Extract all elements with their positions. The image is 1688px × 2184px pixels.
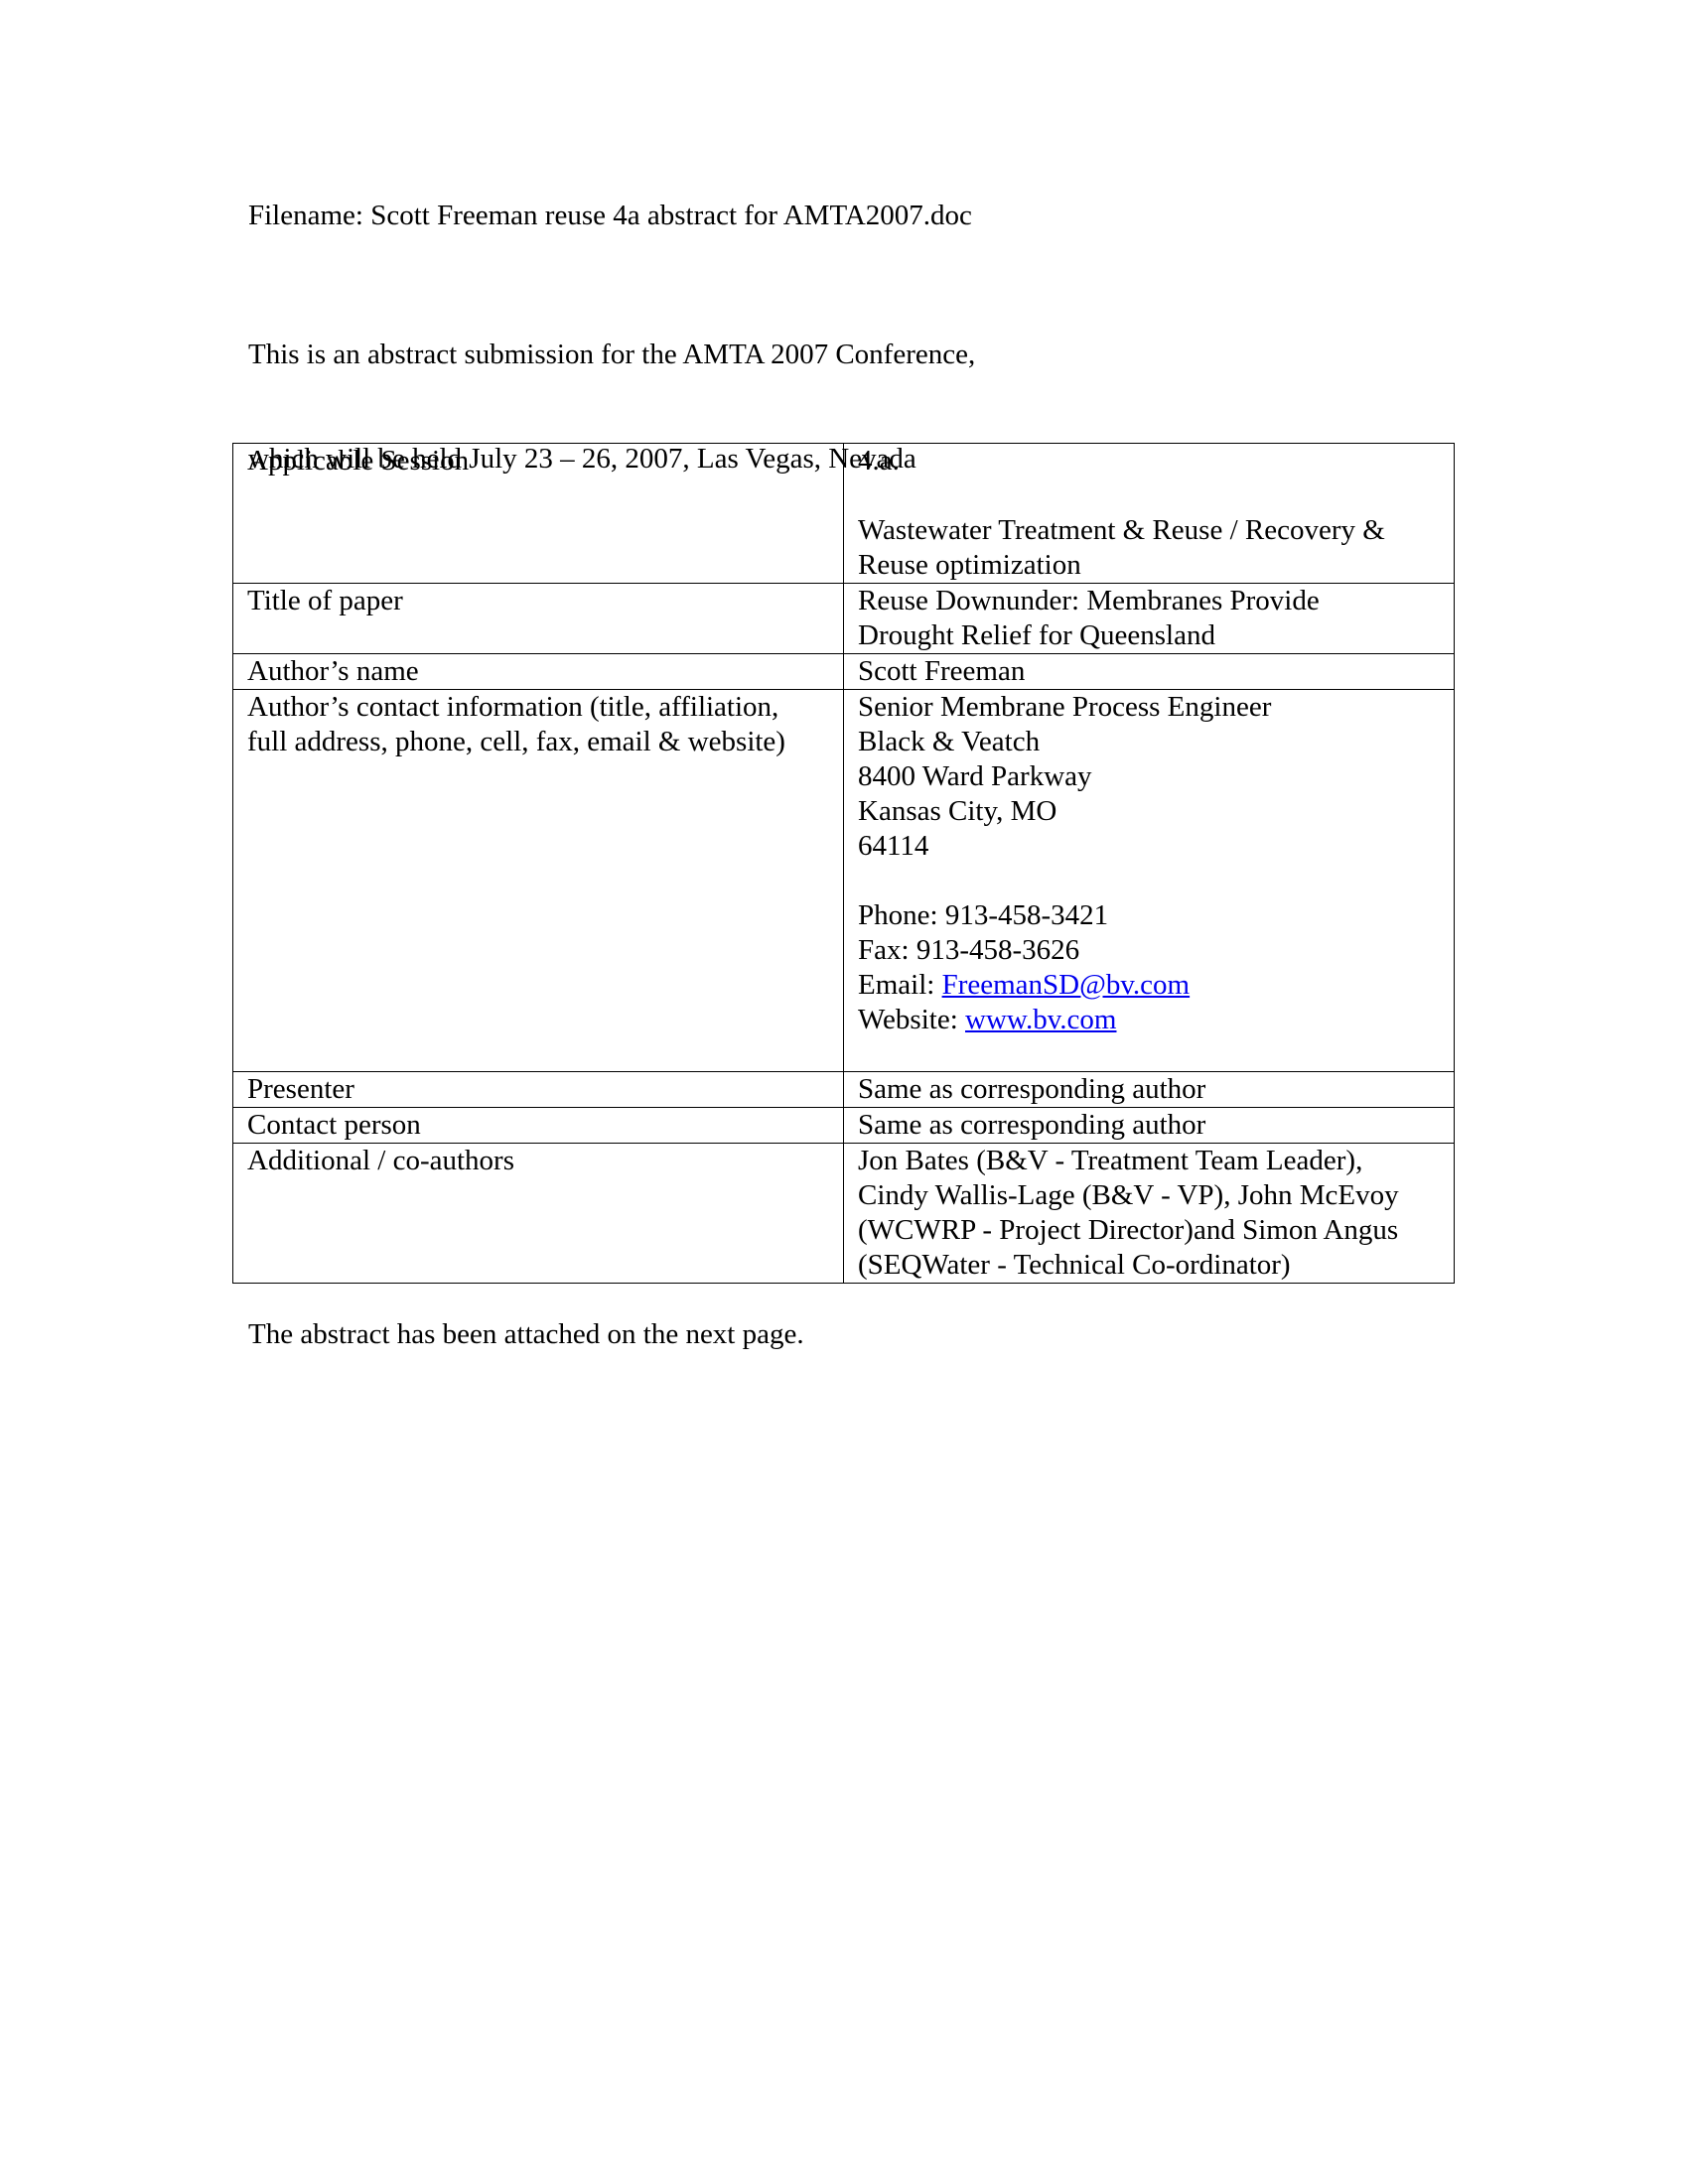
table-row-contact-person: Contact person Same as corresponding aut… — [233, 1108, 1455, 1144]
co-author-line: (SEQWater - Technical Co-ordinator) — [858, 1248, 1440, 1283]
contact-phone: Phone: 913-458-3421 — [858, 898, 1440, 933]
intro-line: This is an abstract submission for the A… — [248, 338, 975, 372]
row-value: Same as corresponding author — [844, 1072, 1455, 1108]
row-label: Additional / co-authors — [233, 1144, 844, 1284]
blank-line — [858, 478, 1440, 513]
paper-title-line: Reuse Downunder: Membranes Provide — [858, 584, 1440, 618]
paper-title-line: Drought Relief for Queensland — [858, 618, 1440, 653]
email-link[interactable]: FreemanSD@bv.com — [942, 969, 1191, 1001]
label-text: Presenter — [247, 1072, 829, 1107]
table-row-author-name: Author’s name Scott Freeman — [233, 654, 1455, 690]
fax-label: Fax: — [858, 934, 916, 966]
label-text: Applicable Session — [247, 444, 829, 478]
row-label: Author’s name — [233, 654, 844, 690]
contact-city-state: Kansas City, MO — [858, 794, 1440, 829]
label-text: Additional / co-authors — [247, 1144, 829, 1178]
row-label: Applicable Session — [233, 444, 844, 584]
email-label: Email: — [858, 969, 942, 1001]
contact-title: Senior Membrane Process Engineer — [858, 690, 1440, 725]
table-row-co-authors: Additional / co-authors Jon Bates (B&V -… — [233, 1144, 1455, 1284]
row-label: Author’s contact information (title, aff… — [233, 690, 844, 1072]
label-text: Contact person — [247, 1108, 829, 1143]
label-text: Author’s name — [247, 654, 829, 689]
row-value: Same as corresponding author — [844, 1108, 1455, 1144]
contact-fax: Fax: 913-458-3626 — [858, 933, 1440, 968]
row-label: Presenter — [233, 1072, 844, 1108]
phone-label: Phone: — [858, 899, 945, 931]
session-name-line: Reuse optimization — [858, 548, 1440, 583]
blank-line — [858, 864, 1440, 898]
row-label: Title of paper — [233, 584, 844, 654]
footer-note: The abstract has been attached on the ne… — [248, 1317, 804, 1352]
label-text: Author’s contact information (title, aff… — [247, 690, 829, 725]
contact-company: Black & Veatch — [858, 725, 1440, 759]
co-author-line: Cindy Wallis-Lage (B&V - VP), John McEvo… — [858, 1178, 1440, 1213]
row-value: Reuse Downunder: Membranes Provide Droug… — [844, 584, 1455, 654]
label-text: Title of paper — [247, 584, 829, 618]
co-author-line: Jon Bates (B&V - Treatment Team Leader), — [858, 1144, 1440, 1178]
phone-value: 913-458-3421 — [945, 899, 1108, 931]
table-row-title-of-paper: Title of paper Reuse Downunder: Membrane… — [233, 584, 1455, 654]
row-value: Scott Freeman — [844, 654, 1455, 690]
row-value: Jon Bates (B&V - Treatment Team Leader),… — [844, 1144, 1455, 1284]
website-label: Website: — [858, 1004, 965, 1035]
session-name-line: Wastewater Treatment & Reuse / Recovery … — [858, 513, 1440, 548]
label-text: full address, phone, cell, fax, email & … — [247, 725, 829, 759]
presenter-value: Same as corresponding author — [858, 1072, 1440, 1107]
row-value: 4.a. Wastewater Treatment & Reuse / Reco… — [844, 444, 1455, 584]
row-label: Contact person — [233, 1108, 844, 1144]
contact-zip: 64114 — [858, 829, 1440, 864]
filename-line: Filename: Scott Freeman reuse 4a abstrac… — [248, 199, 972, 233]
contact-website: Website: www.bv.com — [858, 1003, 1440, 1037]
table-row-contact-info: Author’s contact information (title, aff… — [233, 690, 1455, 1072]
contact-person-value: Same as corresponding author — [858, 1108, 1440, 1143]
row-value: Senior Membrane Process Engineer Black &… — [844, 690, 1455, 1072]
document-page: Filename: Scott Freeman reuse 4a abstrac… — [0, 0, 1688, 2184]
co-author-line: (WCWRP - Project Director)and Simon Angu… — [858, 1213, 1440, 1248]
table-row-applicable-session: Applicable Session 4.a. Wastewater Treat… — [233, 444, 1455, 584]
author-name: Scott Freeman — [858, 654, 1440, 689]
table-row-presenter: Presenter Same as corresponding author — [233, 1072, 1455, 1108]
session-number: 4.a. — [858, 444, 1440, 478]
contact-email: Email: FreemanSD@bv.com — [858, 968, 1440, 1003]
contact-street: 8400 Ward Parkway — [858, 759, 1440, 794]
website-link[interactable]: www.bv.com — [965, 1004, 1117, 1035]
fax-value: 913-458-3626 — [916, 934, 1079, 966]
submission-info-table: Applicable Session 4.a. Wastewater Treat… — [232, 443, 1455, 1284]
